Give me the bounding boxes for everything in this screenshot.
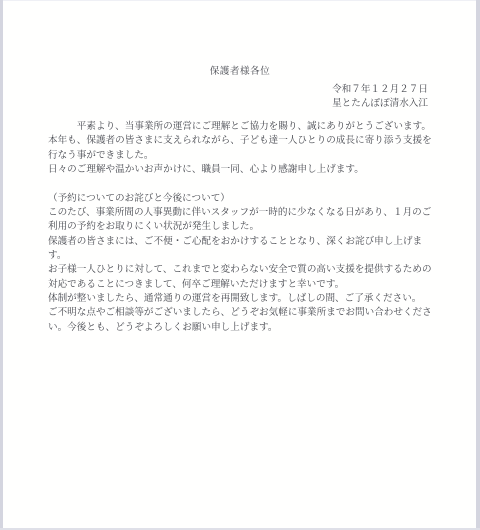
body-line: お子様一人ひとりに対して、これまでと変わらない安全で質の高い支援を提供するための [48, 263, 448, 277]
body-line: ご不明な点やご相談等がございましたら、どうぞお気軽に事業所までお問い合わせくださ [48, 306, 448, 320]
body-line: い。今後とも、どうぞよろしくお願い申し上げます。 [48, 321, 448, 335]
recipient-line: 保護者様各位 [0, 63, 480, 77]
letter-body: 平素より、当事業所の運営にご理解とご協力を賜り、誠にありがとうございます。本年も… [48, 120, 448, 335]
body-line: す。 [48, 249, 448, 263]
body-line: このたび、事業所間の人事異動に伴いスタッフが一時的に少なくなる日があり、１月のご [48, 206, 448, 220]
sender-line: 星とたんぽぽ清水入江 [0, 95, 428, 109]
body-line: 平素より、当事業所の運営にご理解とご協力を賜り、誠にありがとうございます。 [48, 120, 448, 134]
body-line: 利用の予約をお取りにくい状況が発生しました。 [48, 220, 448, 234]
body-line: 保護者の皆さまには、ご不便・ご心配をおかけすることとなり、深くお詫び申し上げま [48, 235, 448, 249]
body-line: 対応であることにつきまして、何卒ご理解いただけますと幸いです。 [48, 278, 448, 292]
body-line: （予約についてのお詫びと今後について） [48, 192, 448, 206]
body-line: 体制が整いましたら、通常通りの運営を再開致します。しばしの間、ご了承ください。 [48, 292, 448, 306]
letter: 保護者様各位 令和７年１２月２７日 星とたんぽぽ清水入江 平素より、当事業所の運… [0, 0, 480, 530]
body-line [48, 177, 448, 191]
body-line: 行なう事ができました。 [48, 149, 448, 163]
date-line: 令和７年１２月２７日 [0, 81, 428, 95]
body-line: 本年も、保護者の皆さまに支えられながら、子ども達一人ひとりの成長に寄り添う支援を [48, 134, 448, 148]
body-line: 日々のご理解や温かいお声かけに、職員一同、心より感謝申し上げます。 [48, 163, 448, 177]
document-page: 保護者様各位 令和７年１２月２７日 星とたんぽぽ清水入江 平素より、当事業所の運… [0, 0, 480, 530]
